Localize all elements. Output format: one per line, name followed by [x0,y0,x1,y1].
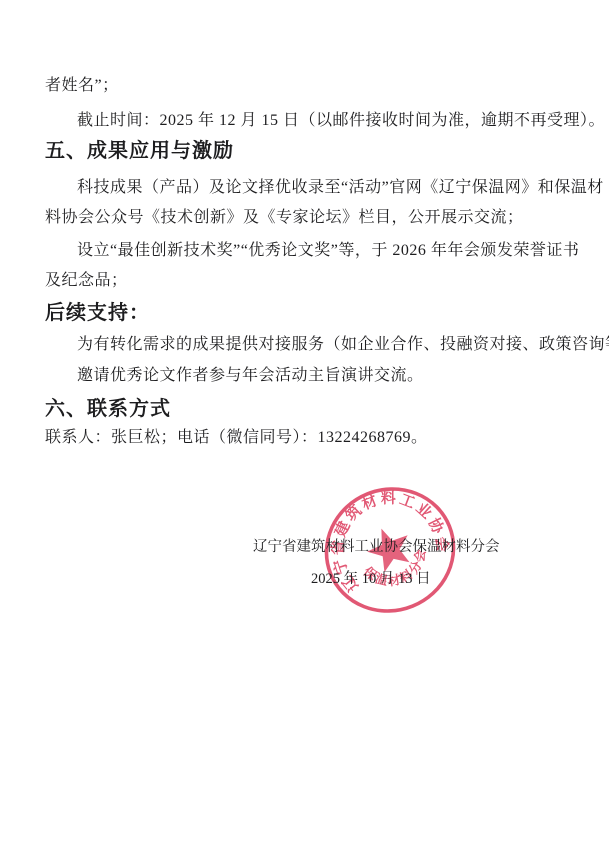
doc-line: 者姓名”； [45,77,119,95]
section-heading-6: 六、联系方式 [45,398,171,420]
document-page: 者姓名”； 截止时间：2025 年 12 月 15 日（以邮件接收时间为准，逾期… [0,0,609,860]
doc-line: 科技成果（产品）及论文择优收录至“活动”官网《辽宁保温网》和保温材 [77,179,604,197]
signoff-date: 2025 年 10 月 13 日 [311,567,431,588]
signoff-organization: 辽宁省建筑材料工业协会保温材料分会 [253,535,500,556]
doc-line: 邀请优秀论文作者参与年会活动主旨演讲交流。 [77,367,424,385]
doc-line: 为有转化需求的成果提供对接服务（如企业合作、投融资对接、政策咨询等）； [77,336,609,354]
section-heading-5: 五、成果应用与激励 [45,140,234,162]
doc-line: 料协会公众号《技术创新》及《专家论坛》栏目，公开展示交流； [45,209,524,227]
contact-line: 联系人：张巨松；电话（微信同号）：13224268769。 [45,429,428,447]
doc-line: 截止时间：2025 年 12 月 15 日（以邮件接收时间为准，逾期不再受理）。 [77,112,605,130]
doc-line: 设立“最佳创新技术奖”“优秀论文奖”等，于 2026 年年会颁发荣誉证书 [77,242,579,260]
subsection-heading: 后续支持： [45,302,150,324]
doc-line: 及纪念品； [45,272,128,290]
